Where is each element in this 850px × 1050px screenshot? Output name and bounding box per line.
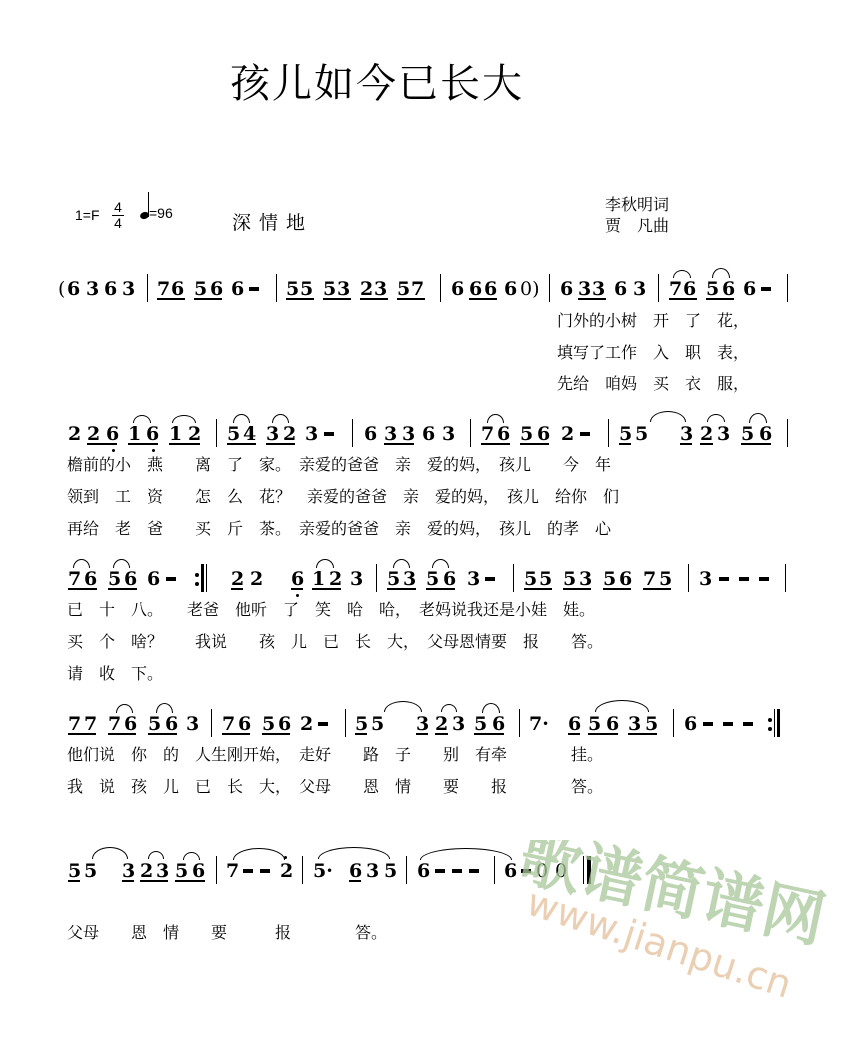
note: 6 bbox=[684, 713, 697, 735]
dash bbox=[452, 869, 462, 873]
note: 6 bbox=[291, 568, 304, 590]
underline bbox=[128, 443, 158, 445]
note: 2 bbox=[140, 860, 153, 882]
note: 7 bbox=[226, 860, 239, 882]
note: 7 bbox=[643, 568, 656, 590]
slur bbox=[420, 848, 512, 860]
note: 3 bbox=[337, 278, 350, 300]
note: 6 bbox=[124, 568, 137, 590]
note: 2 bbox=[360, 278, 373, 300]
barline bbox=[608, 419, 609, 447]
barline bbox=[440, 274, 441, 302]
underline bbox=[355, 733, 367, 735]
underline bbox=[568, 733, 580, 735]
underline bbox=[140, 880, 168, 882]
note: 0) bbox=[520, 278, 540, 300]
note: 6 bbox=[238, 713, 251, 735]
underline bbox=[603, 588, 631, 590]
note: 7 bbox=[411, 278, 424, 300]
barline bbox=[216, 419, 217, 447]
slur bbox=[707, 414, 725, 422]
note: 1 bbox=[128, 423, 141, 445]
underline bbox=[262, 733, 290, 735]
underline bbox=[291, 588, 303, 590]
note: 5· bbox=[313, 860, 333, 882]
note: 3 bbox=[592, 278, 605, 300]
note: 7 bbox=[669, 278, 682, 300]
note: 3 bbox=[579, 568, 592, 590]
note: 3 bbox=[266, 423, 279, 445]
note: 6 bbox=[349, 860, 362, 882]
note: 6 bbox=[364, 423, 377, 445]
note: 5 bbox=[108, 568, 121, 590]
underline bbox=[122, 880, 134, 882]
underline bbox=[175, 880, 205, 882]
underline bbox=[680, 443, 692, 445]
note: 6 bbox=[146, 423, 159, 445]
note: 6 bbox=[469, 278, 482, 300]
note: 6 bbox=[504, 860, 517, 882]
final-barline-icon bbox=[587, 856, 591, 884]
barline bbox=[276, 274, 277, 302]
note: 6 bbox=[504, 278, 517, 300]
barline bbox=[494, 856, 495, 884]
underline bbox=[578, 298, 606, 300]
dash bbox=[318, 722, 328, 726]
dash bbox=[469, 869, 479, 873]
slur bbox=[233, 848, 285, 860]
note: 5 bbox=[227, 423, 240, 445]
note: 3 bbox=[680, 423, 693, 445]
barline bbox=[376, 564, 377, 592]
note: 6 bbox=[231, 278, 244, 300]
staff-line-5: 5 5 3 2 3 5 6 7 2 5· 6 3 5 6 6 0 0 bbox=[0, 860, 850, 896]
note: 2 bbox=[283, 423, 296, 445]
slur bbox=[441, 704, 457, 712]
underline bbox=[323, 298, 351, 300]
underline bbox=[108, 733, 136, 735]
note: 5 bbox=[286, 278, 299, 300]
slur bbox=[712, 268, 730, 278]
note: 2 bbox=[68, 423, 81, 445]
underline bbox=[87, 443, 117, 445]
note: 5 bbox=[68, 860, 81, 882]
note: 5 bbox=[300, 278, 313, 300]
note: 5 bbox=[474, 713, 487, 735]
note: 3 bbox=[186, 713, 199, 735]
lyric-line-2-verse-2: 领到 工 资 怎 么 花？ 亲爱的爸爸 亲 爱的妈， 孩儿 给你 们 bbox=[67, 484, 619, 507]
note: 0 bbox=[536, 860, 548, 882]
lyric-line-4-verse-1: 他们说 你 的 人生刚开始， 走好 路 子 别 有牵 挂。 bbox=[67, 742, 603, 765]
note: 3 bbox=[442, 423, 455, 445]
dash bbox=[761, 287, 771, 291]
dash bbox=[739, 577, 749, 581]
underline bbox=[194, 298, 222, 300]
note: 5 bbox=[588, 713, 601, 735]
underline bbox=[524, 588, 552, 590]
note: 6 bbox=[210, 278, 223, 300]
note: 5 bbox=[603, 568, 616, 590]
slur bbox=[432, 559, 449, 568]
note: 5 bbox=[706, 278, 719, 300]
note: 7 bbox=[222, 713, 235, 735]
slur bbox=[316, 559, 334, 568]
tempo-marking: =96 bbox=[140, 205, 173, 221]
lyric-line-3-verse-3: 请 收 下。 bbox=[67, 661, 163, 684]
note: 6 bbox=[104, 278, 117, 300]
barline bbox=[216, 856, 217, 884]
note: 3 bbox=[633, 278, 646, 300]
note: 6 bbox=[619, 568, 632, 590]
underline bbox=[349, 880, 361, 882]
note: 1 bbox=[169, 423, 182, 445]
note: 3 bbox=[374, 278, 387, 300]
barline bbox=[673, 709, 674, 737]
note: 2 bbox=[250, 568, 263, 590]
underline bbox=[669, 298, 697, 300]
lyric-line-3-verse-2: 买 个 啥？ 我说 孩 儿 已 长 大， 父母恩情要 报 答。 bbox=[67, 629, 603, 652]
note: 5 bbox=[194, 278, 207, 300]
note: 3 bbox=[699, 568, 712, 590]
note: 6 bbox=[683, 278, 696, 300]
note: 3 bbox=[452, 713, 465, 735]
underline bbox=[387, 588, 416, 590]
note: 3 bbox=[717, 423, 730, 445]
note: 6 bbox=[568, 713, 581, 735]
barline bbox=[211, 709, 212, 737]
note: 3 bbox=[122, 278, 135, 300]
underline bbox=[435, 733, 448, 735]
slur bbox=[482, 703, 500, 713]
slur bbox=[116, 704, 133, 713]
underline bbox=[643, 588, 671, 590]
note: 6 bbox=[171, 278, 184, 300]
note: 3 bbox=[416, 713, 429, 735]
note: 5 bbox=[563, 568, 576, 590]
slur bbox=[172, 415, 196, 423]
slur bbox=[595, 700, 649, 712]
underline bbox=[384, 443, 414, 445]
note: 7 bbox=[157, 278, 170, 300]
underline bbox=[312, 588, 341, 590]
high-octave-dot bbox=[284, 856, 287, 859]
note: 5 bbox=[397, 278, 410, 300]
note: 6 bbox=[443, 568, 456, 590]
note: 6 bbox=[106, 423, 119, 445]
note: 2 bbox=[87, 423, 100, 445]
lyric-line-5-verse-1: 父母 恩 情 要 报 答。 bbox=[67, 920, 387, 943]
note: 5 bbox=[426, 568, 439, 590]
note: 3 bbox=[86, 278, 99, 300]
underline bbox=[426, 588, 455, 590]
slur bbox=[183, 852, 200, 860]
barline bbox=[658, 274, 659, 302]
underline bbox=[474, 733, 504, 735]
note: 2 bbox=[300, 713, 313, 735]
barline bbox=[549, 274, 550, 302]
note: 3 bbox=[350, 568, 363, 590]
note: 5 bbox=[262, 713, 275, 735]
underline bbox=[169, 443, 200, 445]
note: 5 bbox=[371, 713, 384, 735]
dash bbox=[580, 432, 590, 436]
dash bbox=[719, 577, 729, 581]
time-signature-top: 4 bbox=[112, 200, 124, 215]
note: 5 bbox=[539, 568, 552, 590]
expression-marking: 深情地 bbox=[232, 208, 313, 235]
dash bbox=[166, 577, 176, 581]
note: 6 bbox=[165, 713, 178, 735]
note: 5 bbox=[175, 860, 188, 882]
dash bbox=[324, 432, 334, 436]
note: 0 bbox=[555, 860, 567, 882]
underline bbox=[416, 733, 428, 735]
note: 7 bbox=[68, 713, 81, 735]
dash bbox=[759, 577, 769, 581]
note: 5 bbox=[384, 860, 397, 882]
note: 7 bbox=[481, 423, 494, 445]
underline bbox=[266, 443, 295, 445]
slur bbox=[113, 559, 130, 568]
barline bbox=[688, 564, 689, 592]
underline bbox=[628, 733, 657, 735]
note: 5 bbox=[741, 423, 754, 445]
barline bbox=[302, 856, 303, 884]
note: 7· bbox=[529, 713, 549, 735]
lyric-line-1-verse-1: 门外的小树 开 了 花， bbox=[557, 308, 749, 331]
note: 3 bbox=[305, 423, 318, 445]
paren: ( bbox=[58, 278, 65, 300]
slur bbox=[148, 851, 164, 859]
lyric-line-1-verse-2: 填写了工作 入 职 表， bbox=[557, 340, 749, 363]
dash bbox=[521, 869, 531, 873]
underline bbox=[397, 298, 425, 300]
note: 5 bbox=[635, 423, 648, 445]
underline bbox=[68, 588, 97, 590]
slur bbox=[384, 701, 422, 712]
underline bbox=[520, 443, 549, 445]
barline bbox=[147, 274, 148, 302]
note: 3 bbox=[122, 860, 135, 882]
note: 6 bbox=[743, 278, 756, 300]
barline bbox=[583, 856, 584, 884]
note: 5 bbox=[84, 860, 97, 882]
note: 3 bbox=[628, 713, 641, 735]
barline bbox=[352, 419, 353, 447]
note: 6 bbox=[147, 568, 160, 590]
composer-credit: 贾 凡曲 bbox=[605, 213, 669, 236]
note: 2 bbox=[231, 568, 244, 590]
note: 6 bbox=[124, 713, 137, 735]
note: 3 bbox=[402, 423, 415, 445]
slur bbox=[650, 411, 686, 422]
underline bbox=[227, 443, 256, 445]
note: 6 bbox=[422, 423, 435, 445]
note: 6 bbox=[614, 278, 627, 300]
barline bbox=[513, 564, 514, 592]
underline bbox=[469, 298, 497, 300]
note: 5 bbox=[619, 423, 632, 445]
barline bbox=[787, 419, 788, 447]
slur bbox=[133, 415, 151, 423]
note: 5 bbox=[148, 713, 161, 735]
note: 5 bbox=[645, 713, 658, 735]
note: 3 bbox=[366, 860, 379, 882]
time-signature-bottom: 4 bbox=[112, 215, 124, 231]
underline bbox=[222, 733, 250, 735]
underline bbox=[68, 733, 96, 735]
barline bbox=[785, 564, 786, 592]
note: 6 bbox=[278, 713, 291, 735]
underline bbox=[700, 443, 713, 445]
slur bbox=[487, 414, 504, 423]
note: 6 bbox=[67, 278, 80, 300]
note: 5 bbox=[355, 713, 368, 735]
slur bbox=[393, 559, 410, 568]
note: 6 bbox=[722, 278, 735, 300]
lyric-line-2-verse-1: 檐前的小 燕 离 了 家。 亲爱的爸爸 亲 爱的妈， 孩儿 今 年 bbox=[67, 452, 611, 475]
svg-text:www.jianpu.cn: www.jianpu.cn bbox=[521, 880, 797, 1007]
note: 2 bbox=[700, 423, 713, 445]
underline bbox=[563, 588, 591, 590]
underline bbox=[619, 443, 631, 445]
dash bbox=[243, 869, 253, 873]
slur bbox=[233, 414, 250, 423]
underline bbox=[706, 298, 734, 300]
underline bbox=[231, 588, 243, 590]
note: 6 bbox=[484, 278, 497, 300]
note: 3 bbox=[403, 568, 416, 590]
time-signature: 4 4 bbox=[112, 200, 124, 231]
note: 2 bbox=[188, 423, 201, 445]
song-title: 孩儿如今已长大 bbox=[230, 52, 524, 109]
slur bbox=[673, 270, 691, 278]
note: 5 bbox=[387, 568, 400, 590]
note: 2 bbox=[435, 713, 448, 735]
slur bbox=[272, 414, 289, 423]
note: 5 bbox=[520, 423, 533, 445]
dash bbox=[260, 869, 270, 873]
note: 3 bbox=[156, 860, 169, 882]
svg-text:歌谱简谱网: 歌谱简谱网 bbox=[513, 840, 830, 957]
note: 6 bbox=[560, 278, 573, 300]
note: 6 bbox=[759, 423, 772, 445]
note: 6 bbox=[192, 860, 205, 882]
slur bbox=[73, 559, 90, 568]
slur bbox=[749, 413, 767, 423]
key-signature: 1=F bbox=[75, 207, 100, 223]
note: 5 bbox=[524, 568, 537, 590]
note: 2 bbox=[329, 568, 342, 590]
underline bbox=[481, 443, 510, 445]
dash bbox=[485, 577, 495, 581]
note: 6 bbox=[84, 568, 97, 590]
note: 6 bbox=[537, 423, 550, 445]
note: 7 bbox=[84, 713, 97, 735]
barline bbox=[787, 274, 788, 302]
dash bbox=[703, 722, 713, 726]
dash bbox=[723, 722, 733, 726]
note: 6 bbox=[451, 278, 464, 300]
slur bbox=[92, 847, 128, 859]
note: 3 bbox=[467, 568, 480, 590]
underline bbox=[157, 298, 185, 300]
underline bbox=[148, 733, 177, 735]
underline bbox=[286, 298, 314, 300]
lyricist-credit: 李秋明词 bbox=[605, 192, 669, 215]
underline bbox=[741, 443, 771, 445]
note: 4 bbox=[243, 423, 256, 445]
underline bbox=[68, 880, 80, 882]
underline bbox=[588, 733, 618, 735]
barline bbox=[345, 709, 346, 737]
underline bbox=[360, 298, 388, 300]
barline bbox=[519, 709, 520, 737]
note: 6 bbox=[606, 713, 619, 735]
note: 6 bbox=[492, 713, 505, 735]
note: 6 bbox=[417, 860, 430, 882]
dash bbox=[249, 287, 259, 291]
lyric-line-1-verse-3: 先给 咱妈 买 衣 服， bbox=[557, 371, 749, 394]
lyric-line-3-verse-1: 已 十 八。 老爸 他听 了 笑 哈 哈， 老妈说我还是小娃 娃。 bbox=[67, 597, 595, 620]
barline bbox=[470, 419, 471, 447]
note: 3 bbox=[578, 278, 591, 300]
note: 5 bbox=[323, 278, 336, 300]
note: 5 bbox=[659, 568, 672, 590]
dash bbox=[435, 869, 445, 873]
slur bbox=[318, 847, 390, 859]
slur bbox=[156, 703, 173, 713]
note: 1 bbox=[312, 568, 325, 590]
note: 6 bbox=[497, 423, 510, 445]
barline bbox=[406, 856, 407, 884]
note: 2 bbox=[280, 860, 293, 882]
lyric-line-4-verse-2: 我 说 孩 儿 已 长 大， 父母 恩 情 要 报 答。 bbox=[67, 774, 603, 797]
tempo-value: =96 bbox=[149, 205, 173, 221]
lyric-line-2-verse-3: 再给 老 爸 买 斤 茶。 亲爱的爸爸 亲 爱的妈， 孩儿 的孝 心 bbox=[67, 516, 611, 539]
note: 2 bbox=[561, 423, 574, 445]
dash bbox=[743, 722, 753, 726]
note: 3 bbox=[384, 423, 397, 445]
note: 7 bbox=[108, 713, 121, 735]
note: 7 bbox=[68, 568, 81, 590]
underline bbox=[108, 588, 137, 590]
